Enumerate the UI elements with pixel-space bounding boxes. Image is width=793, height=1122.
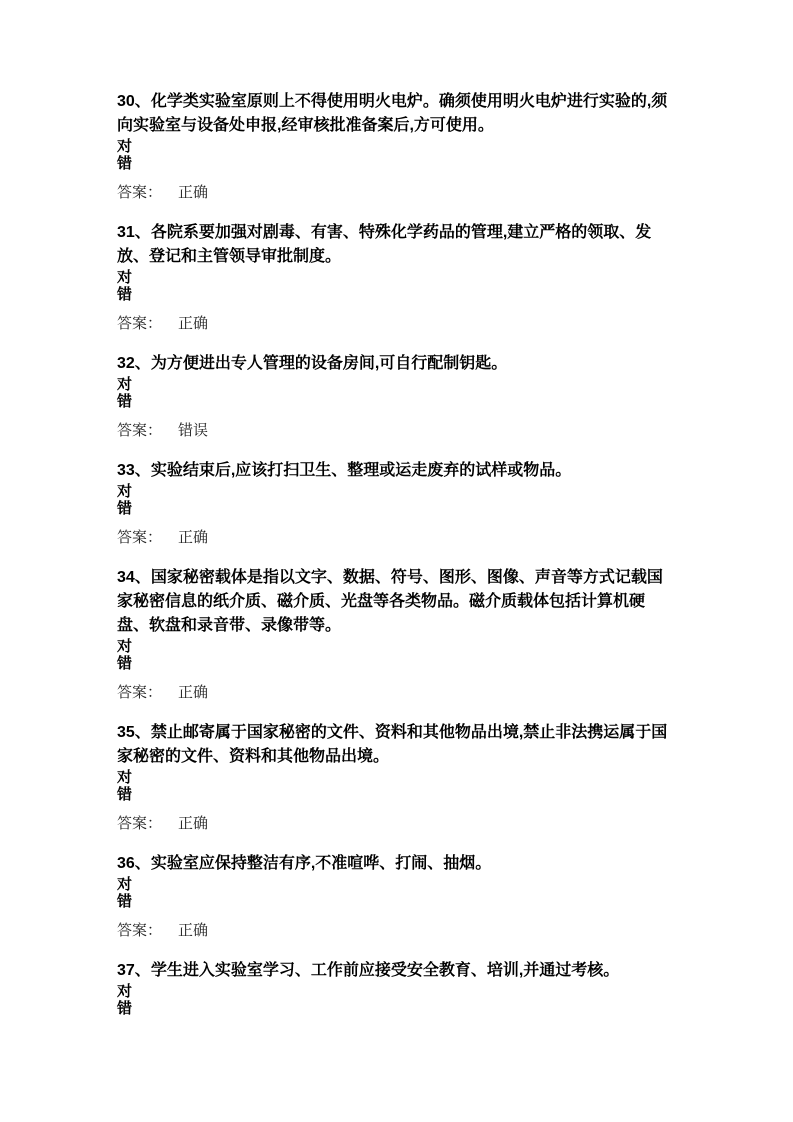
question-block-35: 35、禁止邮寄属于国家秘密的文件、资料和其他物品出境,禁止非法携运属于国 家秘密… [117, 721, 683, 833]
option-false[interactable]: 错 [117, 1000, 683, 1017]
answer-label: 答案： [117, 316, 162, 332]
question-number: 33、 [117, 462, 151, 479]
option-false[interactable]: 错 [117, 286, 683, 303]
question-text: 33、实验结束后,应该打扫卫生、整理或运走废弃的试样或物品。 [117, 459, 683, 483]
option-true[interactable]: 对 [117, 269, 683, 286]
answer-value: 正确 [178, 316, 208, 332]
answer-value: 正确 [178, 816, 208, 832]
question-number: 37、 [117, 962, 151, 979]
question-text: 32、为方便进出专人管理的设备房间,可自行配制钥匙。 [117, 352, 683, 376]
question-body: 学生进入实验室学习、工作前应接受安全教育、培训,并通过考核。 [151, 962, 619, 979]
answer-line: 答案：正确 [117, 685, 683, 702]
answer-value: 正确 [178, 923, 208, 939]
question-text: 31、各院系要加强对剧毒、有害、特殊化学药品的管理,建立严格的领取、发 放、登记… [117, 221, 683, 269]
question-number: 30、 [117, 93, 151, 110]
option-false[interactable]: 错 [117, 155, 683, 172]
answer-label: 答案： [117, 685, 162, 701]
answer-value: 正确 [178, 530, 208, 546]
quiz-page: 30、化学类实验室原则上不得使用明火电炉。确须使用明火电炉进行实验的,须 向实验… [0, 0, 793, 1017]
option-false[interactable]: 错 [117, 393, 683, 410]
question-block-32: 32、为方便进出专人管理的设备房间,可自行配制钥匙。 对 错 答案：错误 [117, 352, 683, 440]
question-text: 36、实验室应保持整洁有序,不准喧哗、打闹、抽烟。 [117, 852, 683, 876]
question-number: 35、 [117, 724, 151, 741]
answer-label: 答案： [117, 923, 162, 939]
question-number: 36、 [117, 855, 151, 872]
question-block-37: 37、学生进入实验室学习、工作前应接受安全教育、培训,并通过考核。 对 错 [117, 959, 683, 1017]
answer-value: 正确 [178, 185, 208, 201]
question-number: 31、 [117, 224, 151, 241]
question-block-36: 36、实验室应保持整洁有序,不准喧哗、打闹、抽烟。 对 错 答案：正确 [117, 852, 683, 940]
question-body: 实验室应保持整洁有序,不准喧哗、打闹、抽烟。 [151, 855, 491, 872]
answer-line: 答案：错误 [117, 423, 683, 440]
option-true[interactable]: 对 [117, 876, 683, 893]
question-text: 35、禁止邮寄属于国家秘密的文件、资料和其他物品出境,禁止非法携运属于国 家秘密… [117, 721, 683, 769]
question-body: 实验结束后,应该打扫卫生、整理或运走废弃的试样或物品。 [151, 462, 571, 479]
answer-line: 答案：正确 [117, 923, 683, 940]
option-false[interactable]: 错 [117, 500, 683, 517]
answer-label: 答案： [117, 816, 162, 832]
option-true[interactable]: 对 [117, 983, 683, 1000]
question-block-30: 30、化学类实验室原则上不得使用明火电炉。确须使用明火电炉进行实验的,须 向实验… [117, 90, 683, 202]
question-block-34: 34、国家秘密载体是指以文字、数据、符号、图形、图像、声音等方式记载国 家秘密信… [117, 566, 683, 702]
answer-label: 答案： [117, 530, 162, 546]
answer-value: 错误 [178, 423, 208, 439]
question-body: 禁止邮寄属于国家秘密的文件、资料和其他物品出境,禁止非法携运属于国 家秘密的文件… [117, 724, 667, 765]
option-true[interactable]: 对 [117, 483, 683, 500]
answer-line: 答案：正确 [117, 816, 683, 833]
question-text: 34、国家秘密载体是指以文字、数据、符号、图形、图像、声音等方式记载国 家秘密信… [117, 566, 683, 638]
option-true[interactable]: 对 [117, 138, 683, 155]
question-body: 各院系要加强对剧毒、有害、特殊化学药品的管理,建立严格的领取、发 放、登记和主管… [117, 224, 651, 265]
answer-label: 答案： [117, 185, 162, 201]
question-block-33: 33、实验结束后,应该打扫卫生、整理或运走废弃的试样或物品。 对 错 答案：正确 [117, 459, 683, 547]
option-false[interactable]: 错 [117, 655, 683, 672]
answer-value: 正确 [178, 685, 208, 701]
question-number: 34、 [117, 569, 151, 586]
option-true[interactable]: 对 [117, 376, 683, 393]
option-false[interactable]: 错 [117, 786, 683, 803]
answer-line: 答案：正确 [117, 185, 683, 202]
question-block-31: 31、各院系要加强对剧毒、有害、特殊化学药品的管理,建立严格的领取、发 放、登记… [117, 221, 683, 333]
question-text: 37、学生进入实验室学习、工作前应接受安全教育、培训,并通过考核。 [117, 959, 683, 983]
option-true[interactable]: 对 [117, 769, 683, 786]
question-body: 化学类实验室原则上不得使用明火电炉。确须使用明火电炉进行实验的,须 向实验室与设… [117, 93, 667, 134]
option-false[interactable]: 错 [117, 893, 683, 910]
answer-line: 答案：正确 [117, 316, 683, 333]
answer-line: 答案：正确 [117, 530, 683, 547]
answer-label: 答案： [117, 423, 162, 439]
question-body: 国家秘密载体是指以文字、数据、符号、图形、图像、声音等方式记载国 家秘密信息的纸… [117, 569, 663, 634]
question-number: 32、 [117, 355, 151, 372]
option-true[interactable]: 对 [117, 638, 683, 655]
question-body: 为方便进出专人管理的设备房间,可自行配制钥匙。 [151, 355, 507, 372]
question-text: 30、化学类实验室原则上不得使用明火电炉。确须使用明火电炉进行实验的,须 向实验… [117, 90, 683, 138]
